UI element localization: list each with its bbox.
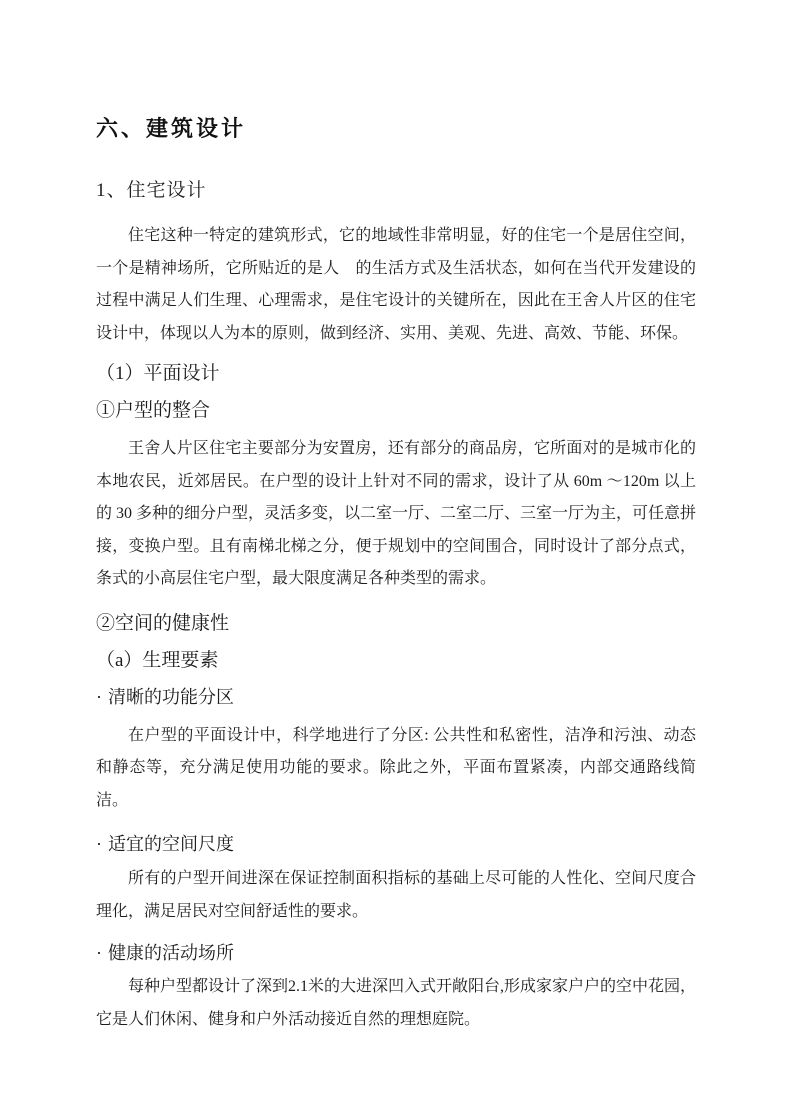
document-page: 六、建筑设计 1、住宅设计 住宅这种一特定的建筑形式，它的地域性非常明显，好的住… [0, 0, 792, 1120]
paragraph-unit-integration: 王舍人片区住宅主要部分为安置房，还有部分的商品房，它所面对的是城市化的本地农民，… [96, 433, 696, 596]
bullet-heading-activity-place: ·健康的活动场所 [96, 942, 696, 964]
bullet-heading-label: 清晰的功能分区 [108, 687, 234, 707]
bullet-icon: · [96, 942, 108, 964]
heading-space-health: ②空间的健康性 [96, 612, 696, 635]
bullet-heading-functional-zoning: ·清晰的功能分区 [96, 686, 696, 708]
heading-plane-design: （1）平面设计 [96, 362, 696, 385]
bullet-heading-label: 健康的活动场所 [108, 943, 234, 963]
bullet-icon: · [96, 686, 108, 708]
paragraph-residential-intro: 住宅这种一特定的建筑形式，它的地域性非常明显，好的住宅一个是居住空间，一个是精神… [96, 220, 696, 350]
heading-unit-integration: ①户型的整合 [96, 399, 696, 422]
paragraph-activity-place: 每种户型都设计了深到2.1米的大进深凹入式开敞阳台,形成家家户户的空中花园，它是… [96, 971, 696, 1036]
heading-physiological-factors: （a）生理要素 [96, 649, 696, 672]
bullet-heading-space-scale: ·适宜的空间尺度 [96, 833, 696, 855]
bullet-icon: · [96, 833, 108, 855]
bullet-heading-label: 适宜的空间尺度 [108, 834, 234, 854]
document-content: 六、建筑设计 1、住宅设计 住宅这种一特定的建筑形式，它的地域性非常明显，好的住… [96, 0, 696, 1036]
doc-title: 六、建筑设计 [96, 118, 696, 142]
paragraph-space-scale: 所有的户型开间进深在保证控制面积指标的基础上尽可能的人性化、空间尺度合理化，满足… [96, 863, 696, 928]
heading-residential-design: 1、住宅设计 [96, 180, 696, 202]
paragraph-functional-zoning: 在户型的平面设计中，科学地进行了分区: 公共性和私密性，洁净和污浊、动态和静态等… [96, 720, 696, 818]
